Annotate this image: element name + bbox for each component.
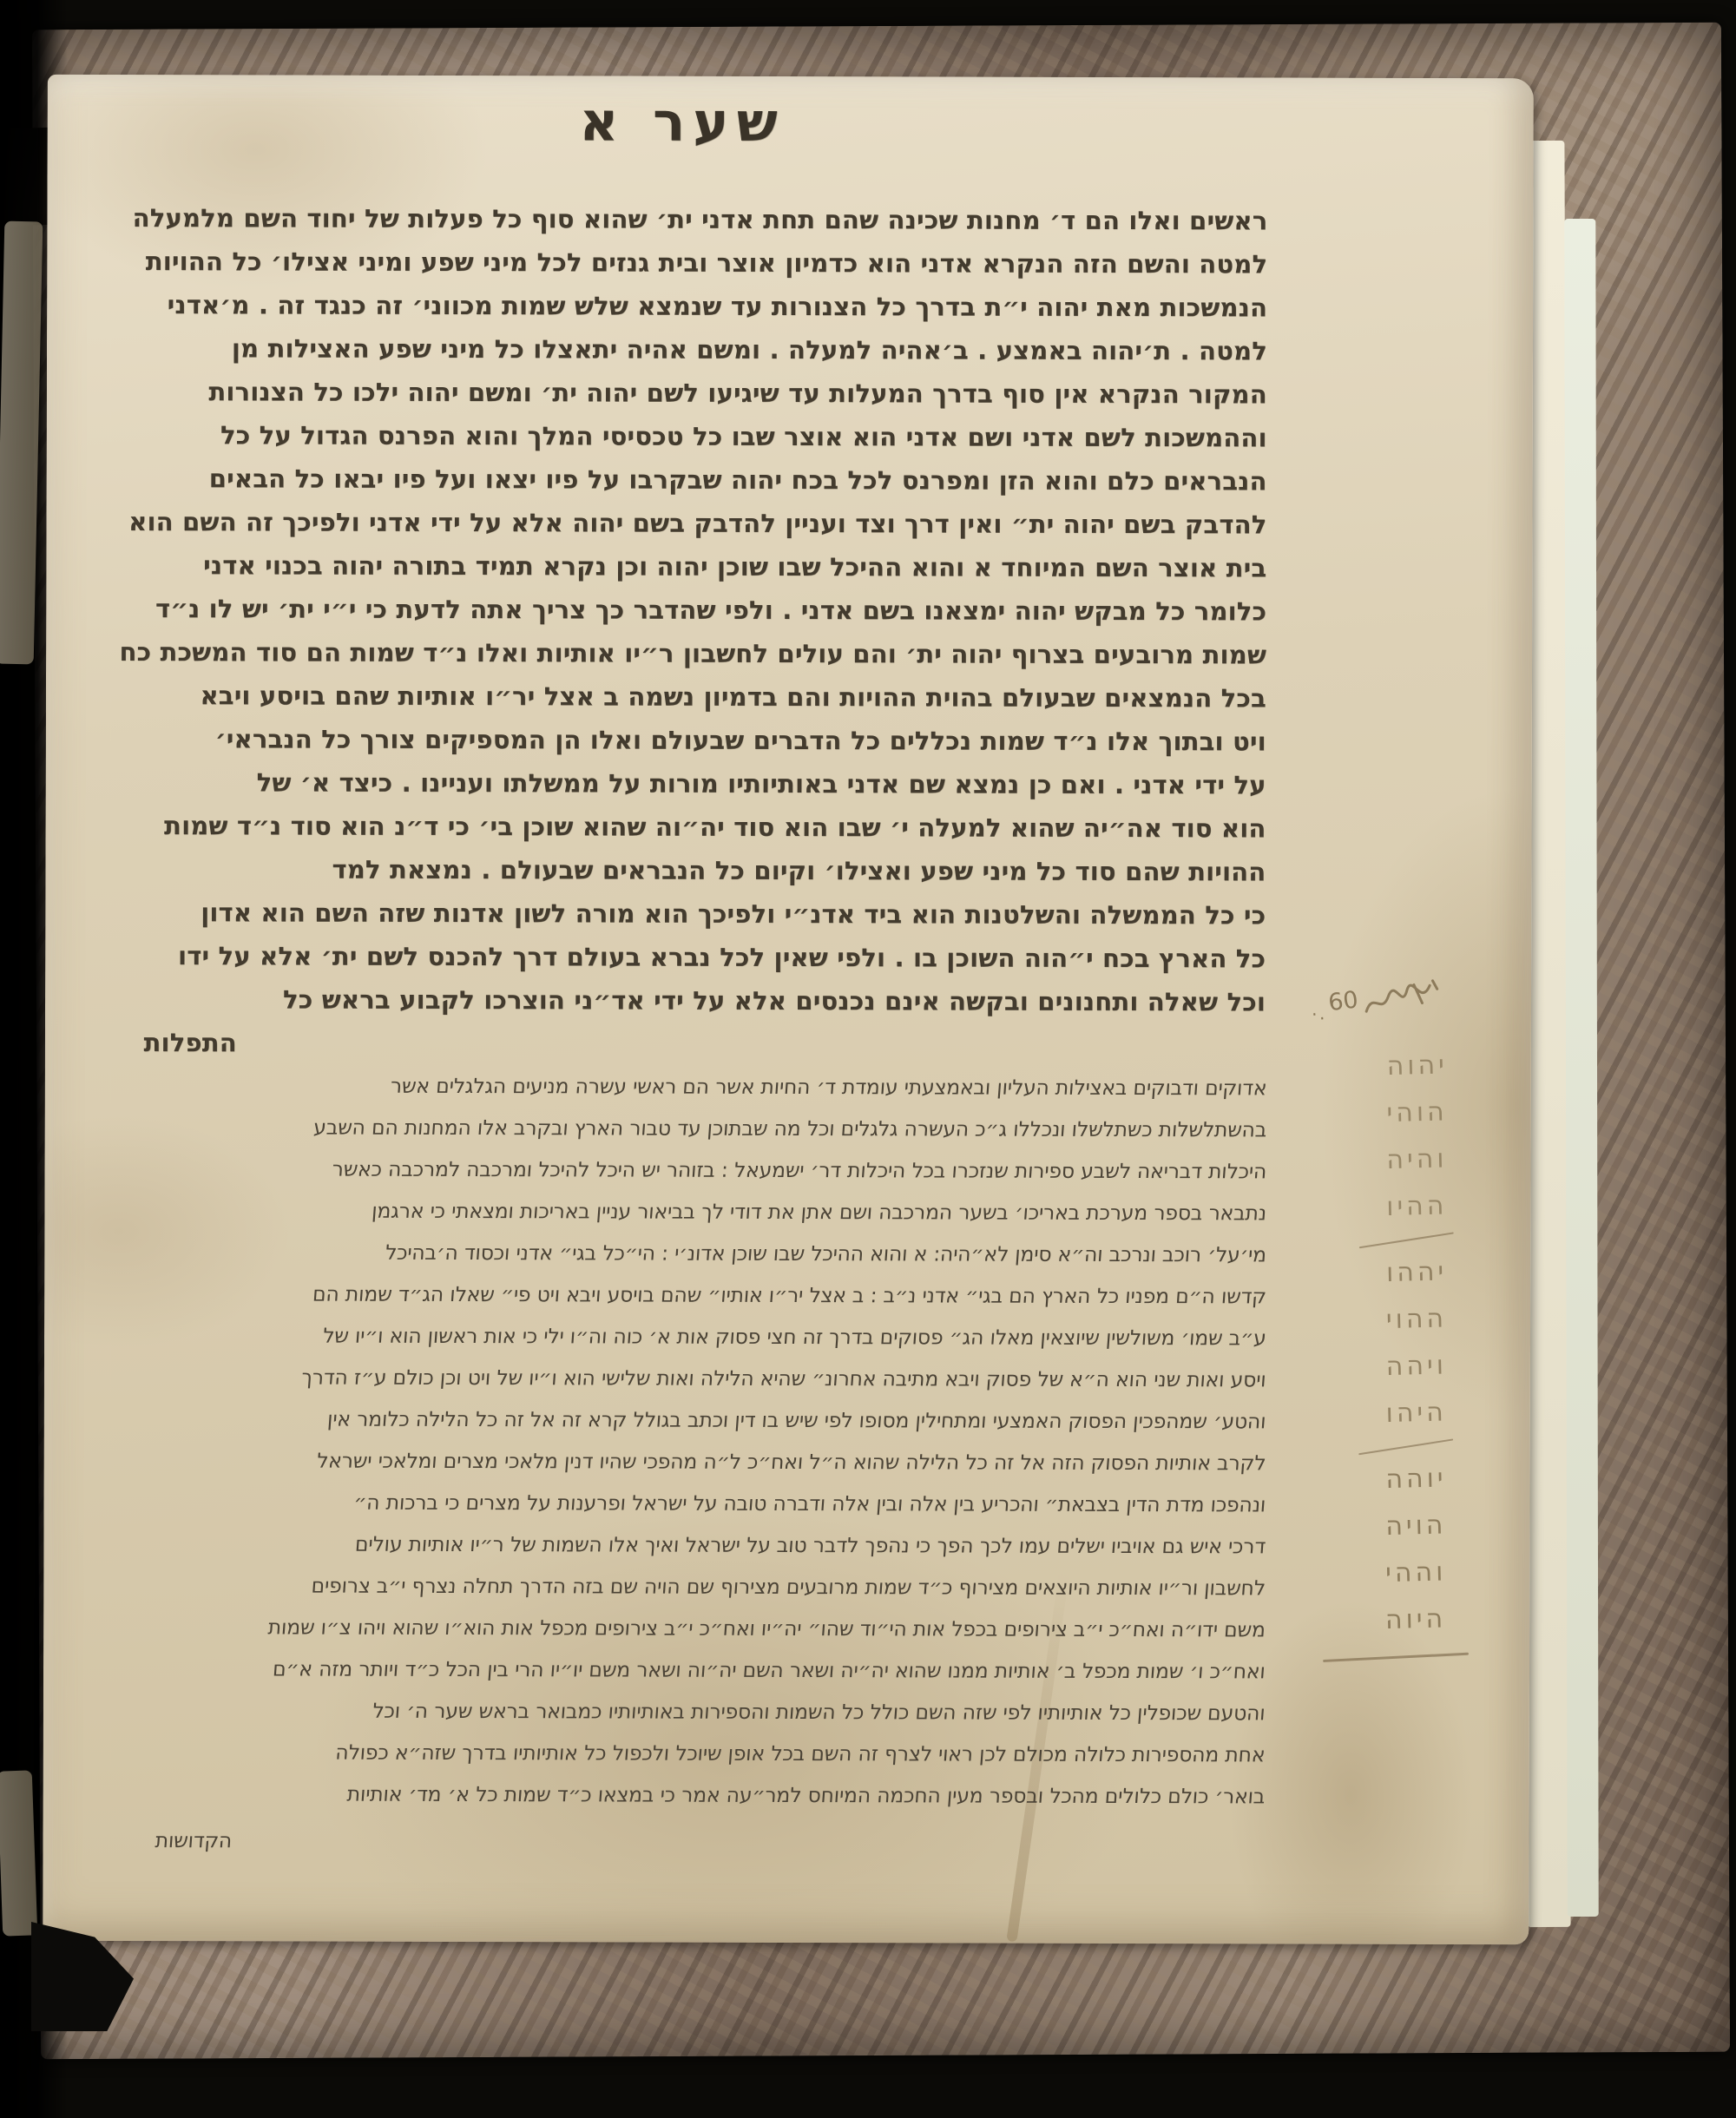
- main-text-line: ויט ובתוך אלו נ״ד שמות נכללים כל הדברים …: [70, 717, 1266, 764]
- text-block: ראשים ואלו הם ד׳ מחנות שכינה שהם תחת אדנ…: [67, 196, 1267, 1865]
- margin-note-60: ·. 60: [1309, 973, 1472, 1030]
- page-leaf: שער א ראשים ואלו הם ד׳ מחנות שכינה שהם ת…: [43, 75, 1534, 1944]
- tetragrammaton-permutation: והיה: [1322, 1135, 1470, 1186]
- permutation-group-2: יההו ההוי ויהה היהו: [1322, 1250, 1470, 1437]
- main-text-line: להדבק בשם יהוה ית״ ואין דרך וצד ועניין ל…: [70, 500, 1266, 547]
- commentary-line: אדוקים ודבוקים באצילות העליון ובאמצעתי ע…: [69, 1064, 1268, 1109]
- main-text-line: למטה . ת׳יהוה באמצע . ב׳אהיה למעלה . ומש…: [71, 326, 1267, 373]
- main-text-line: כי כל הממשלה והשלטנות הוא ביד אדנ״י ולפי…: [69, 891, 1266, 937]
- commentary-line: והטעם שכופלין כל אותיותיו לפי שזה השם כו…: [68, 1689, 1266, 1734]
- commentary-line: אחת מהספירות כלולה מכולם לכן ראוי לצרף ז…: [68, 1731, 1266, 1776]
- tetragrammaton-permutation: הויה: [1321, 1502, 1470, 1552]
- tetragrammaton-permutation: היוה: [1321, 1595, 1470, 1646]
- ink-scribble-icon: [1360, 977, 1444, 1024]
- ink-underline-rule: [1323, 1653, 1469, 1662]
- commentary-line: מי׳על׳ רוכב ונרכב וה״א סימן לא״היה: א וה…: [69, 1231, 1267, 1276]
- main-text-line: בכל הנמצאים שבעולם בהוית ההויות והם בדמי…: [70, 674, 1266, 720]
- tetragrammaton-permutation: ההיו: [1322, 1182, 1470, 1233]
- margin-annotation-number: 60: [1327, 986, 1360, 1016]
- tetragrammaton-permutation: יוהה: [1321, 1455, 1470, 1505]
- tetragrammaton-permutation: היהו: [1321, 1389, 1470, 1439]
- commentary-line: ואח״כ ו׳ שמות מכפל ב׳ אותיות ממנו שהוא י…: [68, 1648, 1266, 1693]
- commentary-line: לקרב אותיות הפסוק הזה אל זה כל הלילה שהו…: [69, 1439, 1267, 1484]
- tetragrammaton-permutation: וההי: [1321, 1549, 1470, 1599]
- page-title: שער א: [579, 89, 786, 154]
- main-text-line: על ידי אדני . ואם כן נמצא שם אדני באותיו…: [70, 760, 1266, 807]
- commentary-line: בהשתלשלות כשתלשלו ונכללו ג״כ העשרה גלגלי…: [69, 1106, 1268, 1151]
- tetragrammaton-permutation: יההו: [1322, 1248, 1470, 1299]
- main-text-line: בית אוצר השם המיוחד א והוא ההיכל שבו שוכ…: [70, 543, 1266, 590]
- main-text-line: ההויות שהם סוד כל מיני שפע ואצילו׳ וקיום…: [69, 847, 1266, 894]
- ink-divider-rule: [1358, 1438, 1453, 1455]
- commentary-line: דרכי איש גם אויביו ישלים עמו לכך הפך כי …: [68, 1523, 1266, 1568]
- commentary-line: ויסע ואות שני הוא ה״א של פסוק ויבא מתיבה…: [69, 1356, 1267, 1401]
- commentary-line: והטע׳ שמהפכין הפסוק האמצעי ומתחילין מסופ…: [69, 1398, 1267, 1443]
- tetragrammaton-permutation: יהוה: [1322, 1042, 1470, 1092]
- main-text-last-word: התפלות: [69, 1021, 1266, 1068]
- underlying-page-edge: [1564, 219, 1598, 1917]
- main-text-line: המקור הנקרא אין סוף בדרך המעלות עד שיגיע…: [71, 370, 1267, 417]
- main-text-line: הנבראים כלם והוא הזן ומפרנס לכל בכח יהוה…: [71, 457, 1267, 503]
- commentary-line: ונהפכו מדת הדין בצבאת״ והכריע בין אלה וב…: [68, 1481, 1266, 1526]
- catchword: הקדושות: [67, 1819, 1266, 1865]
- commentary-line: קדשו ה״ם מפניו כל הארץ הם בגי״ אדני נ״ב …: [69, 1273, 1267, 1318]
- ink-divider-rule: [1359, 1232, 1454, 1248]
- ink-dots: ·.: [1311, 1003, 1327, 1025]
- page-edge-sliver: [0, 1770, 37, 1936]
- main-text-line: וכל שאלה ותחנונים ובקשה אינם נכנסים אלא …: [69, 977, 1266, 1024]
- permutation-group-3: יוהה הויה וההי היוה: [1321, 1457, 1470, 1644]
- commentary-line: נתבאר בספר מערכת באריכו׳ בשער המרכבה ושם…: [69, 1189, 1267, 1234]
- commentary-line: לחשבון ור״יו אותיות היוצאים מצירוף כ״ד ש…: [68, 1564, 1266, 1609]
- main-text-line: ראשים ואלו הם ד׳ מחנות שכינה שהם תחת אדנ…: [71, 196, 1267, 243]
- main-text-line: כל הארץ בכח י״הוה השוכן בו . ולפי שאין ל…: [69, 934, 1266, 981]
- commentary-line: היכלות דבריאה לשבע ספירות שנזכרו בכל היכ…: [69, 1148, 1267, 1193]
- tetragrammaton-permutation: ויהה: [1321, 1342, 1470, 1392]
- main-text-line: הנמשכות מאת יהוה י״ת בדרך כל הצנורות עד …: [71, 283, 1267, 330]
- permutation-group-1: יהוה הוהי והיה ההיו: [1322, 1043, 1470, 1231]
- tetragrammaton-permutation: ההוי: [1321, 1295, 1470, 1345]
- tetragrammaton-permutation: הוהי: [1322, 1089, 1470, 1139]
- main-text-line: הוא סוד אה״יה שהוא למעלה י׳ שבו הוא סוד …: [69, 804, 1266, 851]
- margin-annotations: ·. 60 יהוה הוהי והיה ההיו יההו ההוי ויהה…: [1321, 983, 1470, 1659]
- main-text-line: שמות מרובעים בצרוף יהוה ית׳ והם עולים לח…: [70, 630, 1266, 677]
- main-text-line: כלומר כל מבקש יהוה ימצאנו בשם אדני . ולפ…: [70, 587, 1266, 634]
- main-text-line: למטה והשם הזה הנקרא אדני הוא כדמיון אוצר…: [71, 240, 1267, 286]
- commentary-line: משם ידו״ה ואח״כ י״ב צירופים בכפל אות הי״…: [68, 1606, 1266, 1651]
- commentary-line: ע״ב שמו׳ משולשין שיוצאין מאלו הג״ פסוקים…: [69, 1314, 1267, 1359]
- commentary-line: בואר׳ כולם כלולים מהכל ובספר מעין החכמה …: [68, 1773, 1266, 1818]
- main-text-line: וההמשכות לשם אדני ושם אדני הוא אוצר שבו …: [71, 413, 1267, 460]
- scanned-book-photo: { "book": { "title": "שער א", "main_line…: [0, 0, 1736, 2118]
